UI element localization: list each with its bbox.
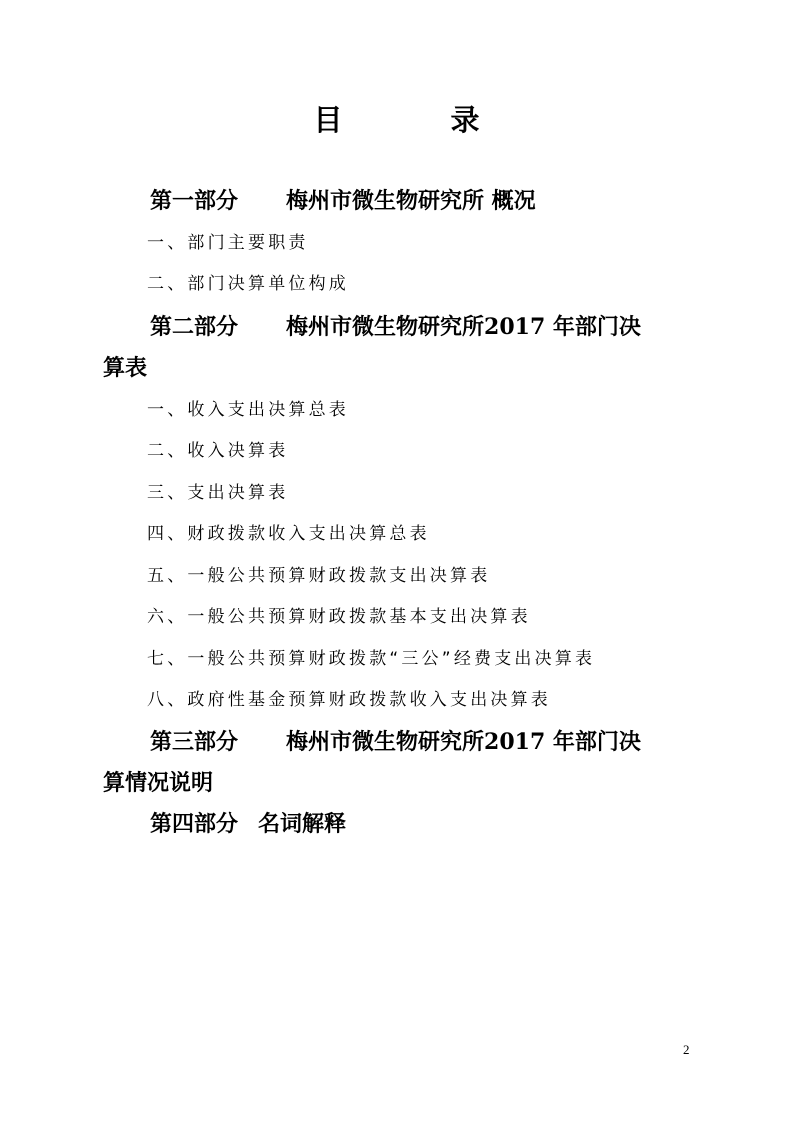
toc-item-2-6[interactable]: 六、一般公共预算财政拨款基本支出决算表: [147, 605, 531, 629]
toc-item-2-2[interactable]: 二、收入决算表: [147, 439, 288, 463]
part-label: 第一部分: [150, 188, 238, 214]
toc-item-2-3[interactable]: 三、支出决算表: [147, 481, 288, 505]
toc-item-2-5[interactable]: 五、一般公共预算财政拨款支出决算表: [147, 564, 490, 588]
part-label: 第四部分: [150, 811, 238, 837]
toc-part-3[interactable]: 第三部分梅州市微生物研究所2017 年部门决: [150, 727, 641, 757]
toc-part-2-continuation: 算表: [103, 353, 147, 383]
toc-item-2-4[interactable]: 四、财政拨款收入支出决算总表: [147, 522, 430, 546]
toc-part-2[interactable]: 第二部分梅州市微生物研究所2017 年部门决: [150, 312, 641, 342]
toc-item-1-1[interactable]: 一、部门主要职责: [147, 231, 309, 255]
document-page: 目录 第一部分梅州市微生物研究所 概况 一、部门主要职责 二、部门决算单位构成 …: [0, 0, 793, 1122]
toc-title: 目录: [0, 98, 793, 139]
toc-title-right: 录: [451, 98, 480, 139]
part-label: 第二部分: [150, 314, 238, 340]
part-text: 梅州市微生物研究所2017 年部门决: [286, 729, 641, 755]
page-number: 2: [683, 1042, 690, 1058]
part-text: 名词解释: [258, 811, 346, 837]
toc-part-4[interactable]: 第四部分名词解释: [150, 809, 346, 839]
part-text: 梅州市微生物研究所 概况: [286, 188, 536, 214]
part-text: 梅州市微生物研究所2017 年部门决: [286, 314, 641, 340]
toc-part-3-continuation: 算情况说明: [103, 768, 213, 798]
part-label: 第三部分: [150, 729, 238, 755]
toc-part-1[interactable]: 第一部分梅州市微生物研究所 概况: [150, 186, 536, 216]
toc-title-left: 目: [313, 98, 342, 139]
toc-item-1-2[interactable]: 二、部门决算单位构成: [147, 272, 349, 296]
toc-item-2-8[interactable]: 八、政府性基金预算财政拨款收入支出决算表: [147, 688, 551, 712]
toc-item-2-7[interactable]: 七、一般公共预算财政拨款“三公”经费支出决算表: [147, 647, 595, 671]
toc-item-2-1[interactable]: 一、收入支出决算总表: [147, 398, 349, 422]
